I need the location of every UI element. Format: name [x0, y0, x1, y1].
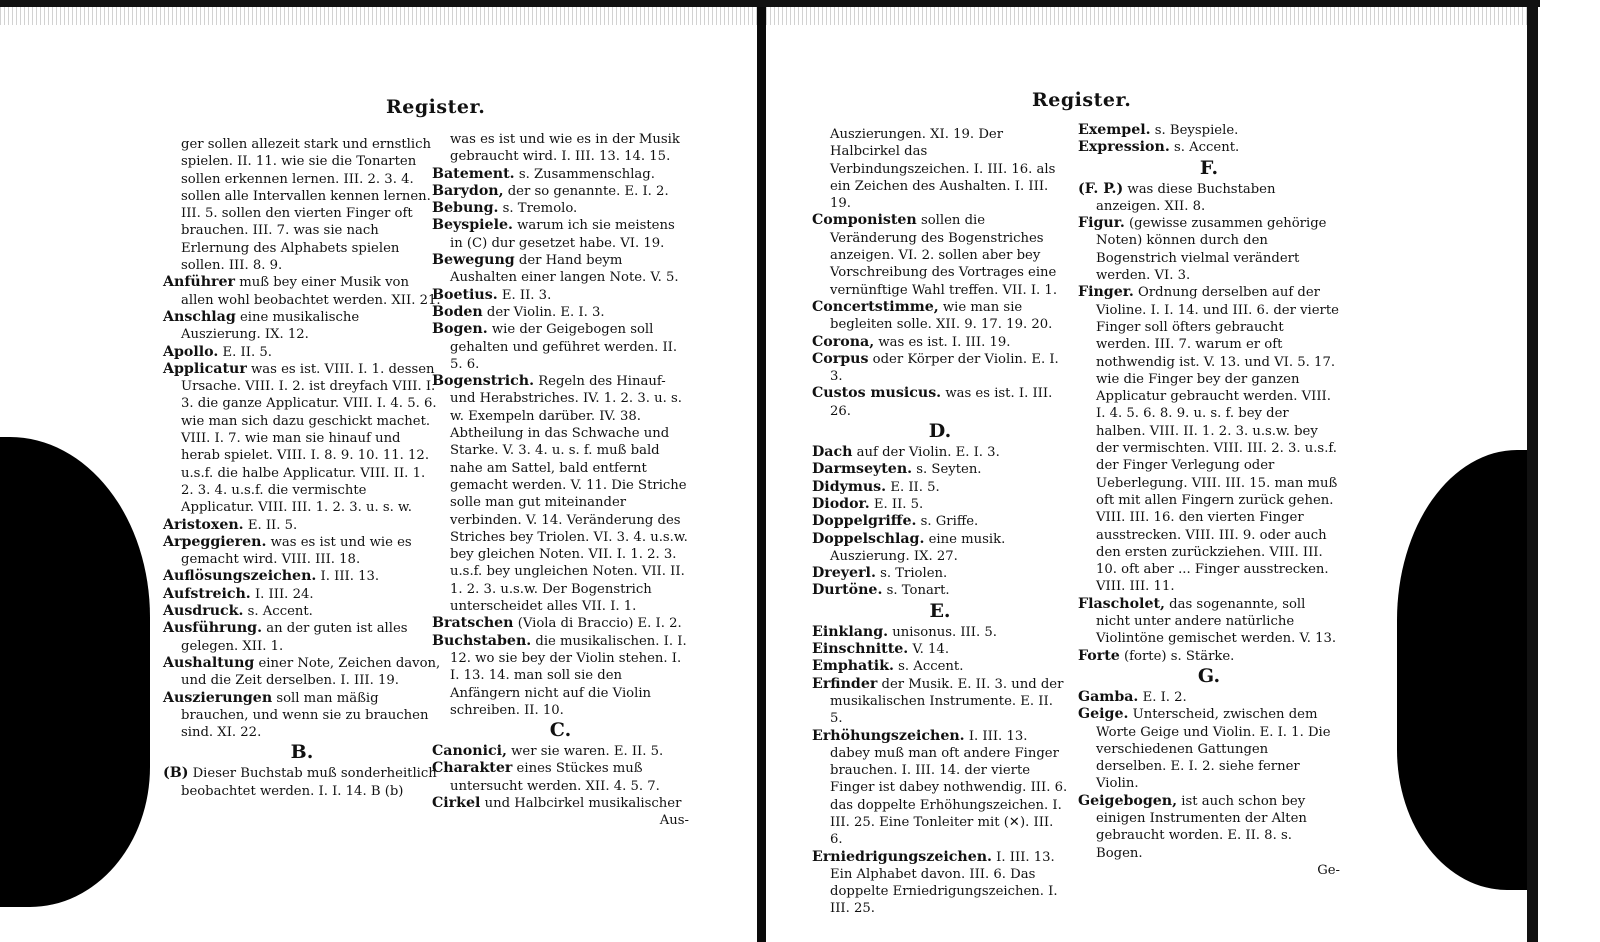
index-references: E. II. 5.: [244, 518, 298, 533]
index-term: Beyspiele.: [432, 217, 513, 233]
index-term: Corpus: [812, 351, 868, 367]
index-references: E. II. 5.: [886, 480, 940, 495]
index-references: s. Zusammenschlag.: [515, 167, 655, 182]
index-entry: Einschnitte. V. 14.: [812, 641, 1068, 658]
index-entry: Erniedrigungszeichen. I. III. 13. Ein Al…: [812, 849, 1068, 918]
index-entry: Flascholet, das sogenannte, soll nicht u…: [1078, 596, 1340, 648]
left-page-column-1: ger sollen allezeit stark und ernstlich …: [163, 136, 441, 800]
index-term: Applicatur: [163, 361, 247, 377]
section-letter: F.: [1078, 158, 1340, 179]
index-entry: Boden der Violin. E. I. 3.: [432, 304, 689, 321]
index-term: Auszierungen: [163, 690, 272, 706]
index-entry: Corpus oder Körper der Violin. E. I. 3.: [812, 351, 1068, 386]
index-entry: Dreyerl. s. Triolen.: [812, 565, 1068, 582]
index-entry: Aushaltung einer Note, Zeichen davon, un…: [163, 655, 441, 690]
index-entry: Auflösungszeichen. I. III. 13.: [163, 568, 441, 585]
index-term: Diodor.: [812, 496, 870, 512]
right-page-header: Register.: [1032, 89, 1131, 111]
index-references: s. Accent.: [1170, 140, 1239, 155]
index-term: Bebung.: [432, 200, 498, 216]
section-letter: B.: [163, 742, 441, 763]
index-term: Didymus.: [812, 479, 886, 495]
index-entry: Dach auf der Violin. E. I. 3.: [812, 444, 1068, 461]
index-term: Flascholet,: [1078, 596, 1165, 612]
index-entry: Bogen. wie der Geigebogen soll gehalten …: [432, 321, 689, 373]
index-references: auf der Violin. E. I. 3.: [852, 445, 999, 460]
index-term: Gamba.: [1078, 689, 1138, 705]
index-term: Canonici,: [432, 743, 507, 759]
index-references: was diese Buchstaben anzeigen. XII. 8.: [1096, 182, 1275, 214]
index-entry: Durtöne. s. Tonart.: [812, 582, 1068, 599]
index-entry: Boetius. E. II. 3.: [432, 287, 689, 304]
index-references: was es ist. I. III. 19.: [874, 335, 1010, 350]
right-page-column-1: Auszierungen. XI. 19. Der Halbcirkel das…: [812, 126, 1068, 918]
index-entry: Anführer muß bey einer Musik von allen w…: [163, 274, 441, 309]
index-entry: Emphatik. s. Accent.: [812, 658, 1068, 675]
index-term: Geigebogen,: [1078, 793, 1177, 809]
left-page-header: Register.: [386, 96, 485, 118]
index-term: Aristoxen.: [163, 517, 244, 533]
index-references: s. Accent.: [894, 659, 963, 674]
index-references: unisonus. III. 5.: [888, 625, 997, 640]
index-references: s. Triolen.: [876, 566, 947, 581]
index-term: Forte: [1078, 648, 1120, 664]
index-term: Finger.: [1078, 284, 1134, 300]
index-entry: Ausdruck. s. Accent.: [163, 603, 441, 620]
index-entry: Doppelgriffe. s. Griffe.: [812, 513, 1068, 530]
index-entry: Darmseyten. s. Seyten.: [812, 461, 1068, 478]
index-term: Aushaltung: [163, 655, 254, 671]
book-gutter: [757, 7, 766, 942]
section-letter: E.: [812, 601, 1068, 622]
index-entry: Figur. (gewisse zusammen gehörige Noten)…: [1078, 215, 1340, 284]
index-references: Unterscheid, zwischen dem Worte Geige un…: [1096, 707, 1331, 791]
index-term: (B): [163, 765, 188, 781]
index-entry: (B) Dieser Buchstab muß sonderheitlich b…: [163, 765, 441, 800]
index-references: der so genannte. E. I. 2.: [504, 184, 669, 199]
index-entry: Ausführung. an der guten ist alles geleg…: [163, 620, 441, 655]
index-references: (Viola di Braccio) E. I. 2.: [514, 616, 682, 631]
index-entry: Erhöhungszeichen. I. III. 13. dabey muß …: [812, 728, 1068, 849]
index-term: Auflösungszeichen.: [163, 568, 316, 584]
left-page-column-2: was es ist und wie es in der Musik gebra…: [432, 131, 689, 830]
index-references: E. I. 2.: [1138, 690, 1186, 705]
index-entry: Aufstreich. I. III. 24.: [163, 586, 441, 603]
index-term: Boden: [432, 304, 483, 320]
index-entry: Corona, was es ist. I. III. 19.: [812, 334, 1068, 351]
scan-noise-right: [766, 7, 1527, 25]
index-entry: Geige. Unterscheid, zwischen dem Worte G…: [1078, 706, 1340, 792]
index-references: V. 14.: [908, 642, 949, 657]
index-term: Aufstreich.: [163, 586, 251, 602]
index-references: s. Tremolo.: [498, 201, 577, 216]
index-entry: Cirkel und Halbcirkel musikalischer: [432, 795, 689, 812]
index-references: I. III. 24.: [251, 587, 314, 602]
index-entry: Doppelschlag. eine musik. Auszierung. IX…: [812, 531, 1068, 566]
index-term: Einschnitte.: [812, 641, 908, 657]
section-letter: D.: [812, 421, 1068, 442]
index-term: Charakter: [432, 760, 512, 776]
index-entry: Applicatur was es ist. VIII. I. 1. desse…: [163, 361, 441, 517]
index-entry: Beyspiele. warum ich sie meistens in (C)…: [432, 217, 689, 252]
index-term: Erniedrigungszeichen.: [812, 849, 992, 865]
index-entry: Anschlag eine musikalische Auszierung. I…: [163, 309, 441, 344]
index-term: Buchstaben.: [432, 633, 531, 649]
index-term: Corona,: [812, 334, 874, 350]
section-letter: C.: [432, 720, 689, 741]
index-term: Expression.: [1078, 139, 1170, 155]
index-references: wer sie waren. E. II. 5.: [507, 744, 663, 759]
index-references: s. Beyspiele.: [1151, 123, 1239, 138]
index-references: E. II. 5.: [218, 345, 272, 360]
index-references: I. III. 13. dabey muß man oft andere Fin…: [830, 729, 1067, 848]
index-term: Cirkel: [432, 795, 480, 811]
index-entry: Diodor. E. II. 5.: [812, 496, 1068, 513]
index-entry: Canonici, wer sie waren. E. II. 5.: [432, 743, 689, 760]
index-references: (gewisse zusammen gehörige Noten) können…: [1096, 216, 1326, 283]
index-term: Anschlag: [163, 309, 236, 325]
index-term: Doppelgriffe.: [812, 513, 916, 529]
index-entry: Auszierungen soll man mäßig brauchen, un…: [163, 690, 441, 742]
index-term: Bogenstrich.: [432, 373, 534, 389]
index-term: Exempel.: [1078, 122, 1151, 138]
index-entry: Aristoxen. E. II. 5.: [163, 517, 441, 534]
index-entry: Bewegung der Hand beym Aushalten einer l…: [432, 252, 689, 287]
index-term: Doppelschlag.: [812, 531, 924, 547]
index-term: Componisten: [812, 212, 917, 228]
index-references: E. II. 3.: [498, 288, 552, 303]
scan-noise-left: [0, 7, 757, 25]
index-entry: Didymus. E. II. 5.: [812, 479, 1068, 496]
index-term: Geige.: [1078, 706, 1128, 722]
index-term: Erhöhungszeichen.: [812, 728, 965, 744]
index-term: Erfinder: [812, 676, 877, 692]
index-entry: Geigebogen, ist auch schon bey einigen I…: [1078, 793, 1340, 862]
index-term: Custos musicus.: [812, 385, 941, 401]
index-term: Emphatik.: [812, 658, 894, 674]
index-entry: Concertstimme, wie man sie begleiten sol…: [812, 299, 1068, 334]
index-entry: Forte (forte) s. Stärke.: [1078, 648, 1340, 665]
index-entry: Erfinder der Musik. E. II. 3. und der mu…: [812, 676, 1068, 728]
index-entry: Arpeggieren. was es ist und wie es gemac…: [163, 534, 441, 569]
index-term: Bratschen: [432, 615, 514, 631]
index-term: Einklang.: [812, 624, 888, 640]
index-entry: Buchstaben. die musikalischen. I. I. 12.…: [432, 633, 689, 719]
index-references: s. Accent.: [243, 604, 312, 619]
right-page-column-2: Exempel. s. Beyspiele.Expression. s. Acc…: [1078, 122, 1340, 879]
index-references: s. Tonart.: [882, 583, 949, 598]
index-term: Ausführung.: [163, 620, 262, 636]
index-term: Dach: [812, 444, 852, 460]
index-entry: (F. P.) was diese Buchstaben anzeigen. X…: [1078, 181, 1340, 216]
scan-border-top: [0, 0, 1540, 7]
catchword: Ge-: [1078, 862, 1340, 879]
index-references: Dieser Buchstab muß sonderheitlich beoba…: [181, 766, 437, 798]
index-entry: Apollo. E. II. 5.: [163, 344, 441, 361]
index-term: Bogen.: [432, 321, 488, 337]
index-entry: Bogenstrich. Regeln des Hinauf- und Hera…: [432, 373, 689, 615]
index-term: Darmseyten.: [812, 461, 912, 477]
index-term: Apollo.: [163, 344, 218, 360]
index-references: Ordnung derselben auf der Violine. I. I.…: [1096, 285, 1339, 594]
index-references: s. Griffe.: [916, 514, 978, 529]
index-references: I. III. 13.: [316, 569, 379, 584]
index-entry: Bratschen (Viola di Braccio) E. I. 2.: [432, 615, 689, 632]
catchword: Aus-: [432, 812, 689, 829]
index-term: Boetius.: [432, 287, 498, 303]
index-entry: Batement. s. Zusammenschlag.: [432, 166, 689, 183]
index-entry: Bebung. s. Tremolo.: [432, 200, 689, 217]
index-term: (F. P.): [1078, 181, 1123, 197]
index-entry: Einklang. unisonus. III. 5.: [812, 624, 1068, 641]
index-entry: Barydon, der so genannte. E. I. 2.: [432, 183, 689, 200]
index-term: Dreyerl.: [812, 565, 876, 581]
index-term: Figur.: [1078, 215, 1125, 231]
index-term: Ausdruck.: [163, 603, 243, 619]
index-entry: Finger. Ordnung derselben auf der Violin…: [1078, 284, 1340, 595]
index-term: Concertstimme,: [812, 299, 939, 315]
index-entry: Gamba. E. I. 2.: [1078, 689, 1340, 706]
index-term: Durtöne.: [812, 582, 882, 598]
section-letter: G.: [1078, 666, 1340, 687]
index-term: Bewegung: [432, 252, 515, 268]
index-references: E. II. 5.: [870, 497, 924, 512]
scan-border-right: [1527, 7, 1538, 942]
index-entry-continued: Auszierungen. XI. 19. Der Halbcirkel das…: [812, 126, 1068, 212]
index-entry: Componisten sollen die Veränderung des B…: [812, 212, 1068, 298]
index-entry: Expression. s. Accent.: [1078, 139, 1340, 156]
index-references: der Violin. E. I. 3.: [483, 305, 605, 320]
index-entry: Charakter eines Stückes muß untersucht w…: [432, 760, 689, 795]
index-term: Anführer: [163, 274, 235, 290]
index-entry: Custos musicus. was es ist. I. III. 26.: [812, 385, 1068, 420]
index-references: (forte) s. Stärke.: [1120, 649, 1235, 664]
index-references: s. Seyten.: [912, 462, 981, 477]
index-references: Regeln des Hinauf- und Herabstriches. IV…: [450, 374, 688, 614]
index-references: und Halbcirkel musikalischer: [480, 796, 681, 811]
index-entry: Exempel. s. Beyspiele.: [1078, 122, 1340, 139]
index-references: was es ist. VIII. I. 1. dessen Ursache. …: [181, 362, 437, 515]
index-term: Batement.: [432, 166, 515, 182]
index-entry-continued: ger sollen allezeit stark und ernstlich …: [163, 136, 441, 274]
index-term: Arpeggieren.: [163, 534, 266, 550]
index-entry-continued: was es ist und wie es in der Musik gebra…: [432, 131, 689, 166]
index-term: Barydon,: [432, 183, 504, 199]
